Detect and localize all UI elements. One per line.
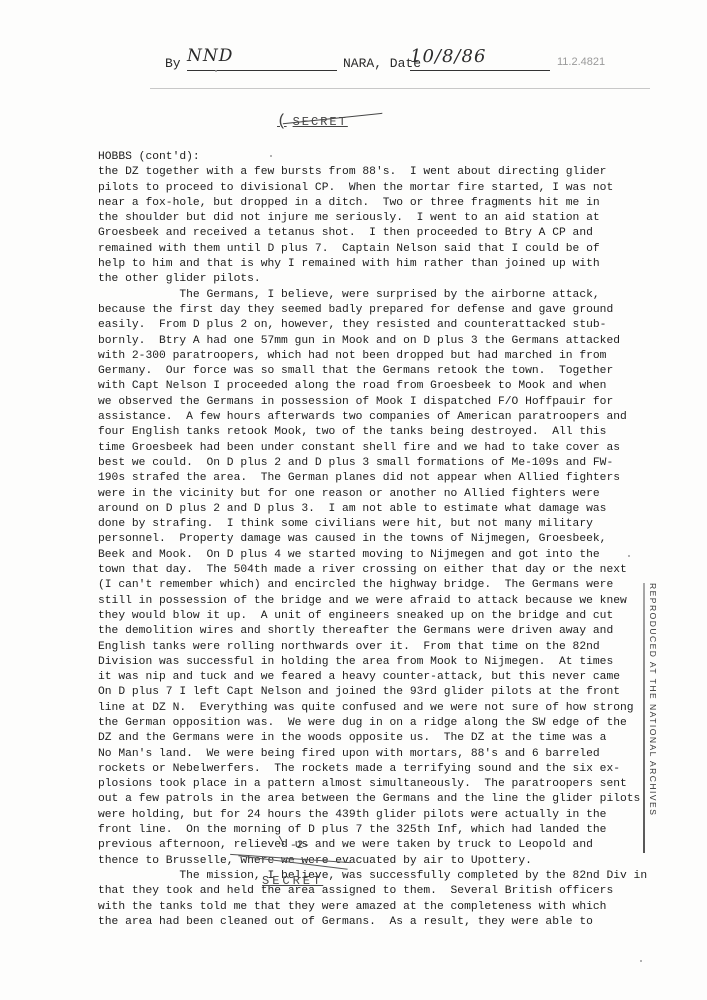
text-line: On D plus 7 I left Capt Nelson and joine… [98, 685, 638, 700]
text-line: town that day. The 504th made a river cr… [98, 563, 638, 578]
text-line: easily. From D plus 2 on, however, they … [98, 318, 638, 333]
text-line: the shoulder but did not injure me serio… [98, 211, 638, 226]
text-line: best we could. On D plus 2 and D plus 3 … [98, 456, 638, 471]
document-page: By NND NARA, Date 10/8/86 11.2.4821 (SEC… [0, 0, 707, 1000]
text-line: the DZ together with a few bursts from 8… [98, 165, 638, 180]
text-line: that they took and held the area assigne… [98, 884, 638, 899]
scan-speck [270, 155, 272, 157]
text-line: near a fox-hole, but dropped in a ditch.… [98, 196, 638, 211]
scan-edge-line [643, 583, 645, 853]
text-line: No Man's land. We were being fired upon … [98, 747, 638, 762]
text-line: previous afternoon, relieved us and we w… [98, 838, 638, 853]
text-line: the other glider pilots. [98, 272, 638, 287]
classification-stamp-bottom: SECRET [262, 874, 323, 888]
text-line: rockets or Nebelwerfers. The rockets mad… [98, 762, 638, 777]
text-line: personnel. Property damage was caused in… [98, 532, 638, 547]
text-line: 190s strafed the area. The German planes… [98, 471, 638, 486]
text-line: because the first day they seemed badly … [98, 303, 638, 318]
text-line: four English tanks retook Mook, two of t… [98, 425, 638, 440]
text-line: Division was successful in holding the a… [98, 655, 638, 670]
archives-stamp: REPRODUCED AT THE NATIONAL ARCHIVES [648, 583, 662, 828]
typewritten-body: HOBBS (cont'd):the DZ together with a fe… [98, 150, 638, 930]
scan-speck [628, 555, 630, 557]
by-signature: NND [187, 46, 337, 71]
text-line: were holding, but for 24 hours the 439th… [98, 808, 638, 823]
text-line: Groesbeek and received a tetanus shot. I… [98, 226, 638, 241]
header-divider [150, 88, 650, 89]
pen-mark: \ [278, 835, 285, 849]
text-line: the demolition wires and shortly thereaf… [98, 624, 638, 639]
scan-speck [640, 960, 642, 962]
text-line: were in the vicinity but for one reason … [98, 487, 638, 502]
scan-speck [215, 70, 217, 72]
text-line: The mission, I believe, was successfully… [98, 869, 638, 884]
text-line: English tanks were rolling northwards ov… [98, 640, 638, 655]
text-line: with 2-300 paratroopers, which had not b… [98, 349, 638, 364]
text-line: Beek and Mook. On D plus 4 we started mo… [98, 548, 638, 563]
page-number: -2- [290, 840, 310, 852]
text-line: bornly. Btry A had one 57mm gun in Mook … [98, 334, 638, 349]
text-line: with Capt Nelson I proceeded along the r… [98, 379, 638, 394]
text-line: Germany. Our force was so small that the… [98, 364, 638, 379]
text-line: we observed the Germans in possession of… [98, 395, 638, 410]
by-label: By [165, 56, 181, 71]
text-line: still in possession of the bridge and we… [98, 594, 638, 609]
text-line: front line. On the morning of D plus 7 t… [98, 823, 638, 838]
text-line: out a few patrols in the area between th… [98, 792, 638, 807]
text-line: The Germans, I believe, were surprised b… [98, 288, 638, 303]
declassification-date: 10/8/86 [410, 46, 550, 71]
text-line: they would blow it up. A unit of enginee… [98, 609, 638, 624]
reference-code: 11.2.4821 [557, 56, 605, 68]
archives-stamp-text: REPRODUCED AT THE NATIONAL ARCHIVES [648, 583, 658, 816]
text-line: thence to Brusselle, where we were evacu… [98, 854, 638, 869]
text-line: done by strafing. I think some civilians… [98, 517, 638, 532]
text-line: remained with them until D plus 7. Capta… [98, 242, 638, 257]
text-line: pilots to proceed to divisional CP. When… [98, 181, 638, 196]
text-line: the German opposition was. We were dug i… [98, 716, 638, 731]
text-line: with the tanks told me that they were am… [98, 900, 638, 915]
text-line: the area had been cleaned out of Germans… [98, 915, 638, 930]
text-line: line at DZ N. Everything was quite confu… [98, 701, 638, 716]
text-line: around on D plus 2 and D plus 3. I am no… [98, 502, 638, 517]
text-line: it was nip and tuck and we feared a heav… [98, 670, 638, 685]
section-heading: HOBBS (cont'd): [98, 150, 638, 165]
text-line: help to him and that is why I remained w… [98, 257, 638, 272]
text-line: time Groesbeek had been under constant s… [98, 441, 638, 456]
text-line: (I can't remember which) and encircled t… [98, 578, 638, 593]
text-line: plosions took place in a pattern almost … [98, 777, 638, 792]
text-line: DZ and the Germans were in the woods opp… [98, 731, 638, 746]
text-line: assistance. A few hours afterwards two c… [98, 410, 638, 425]
